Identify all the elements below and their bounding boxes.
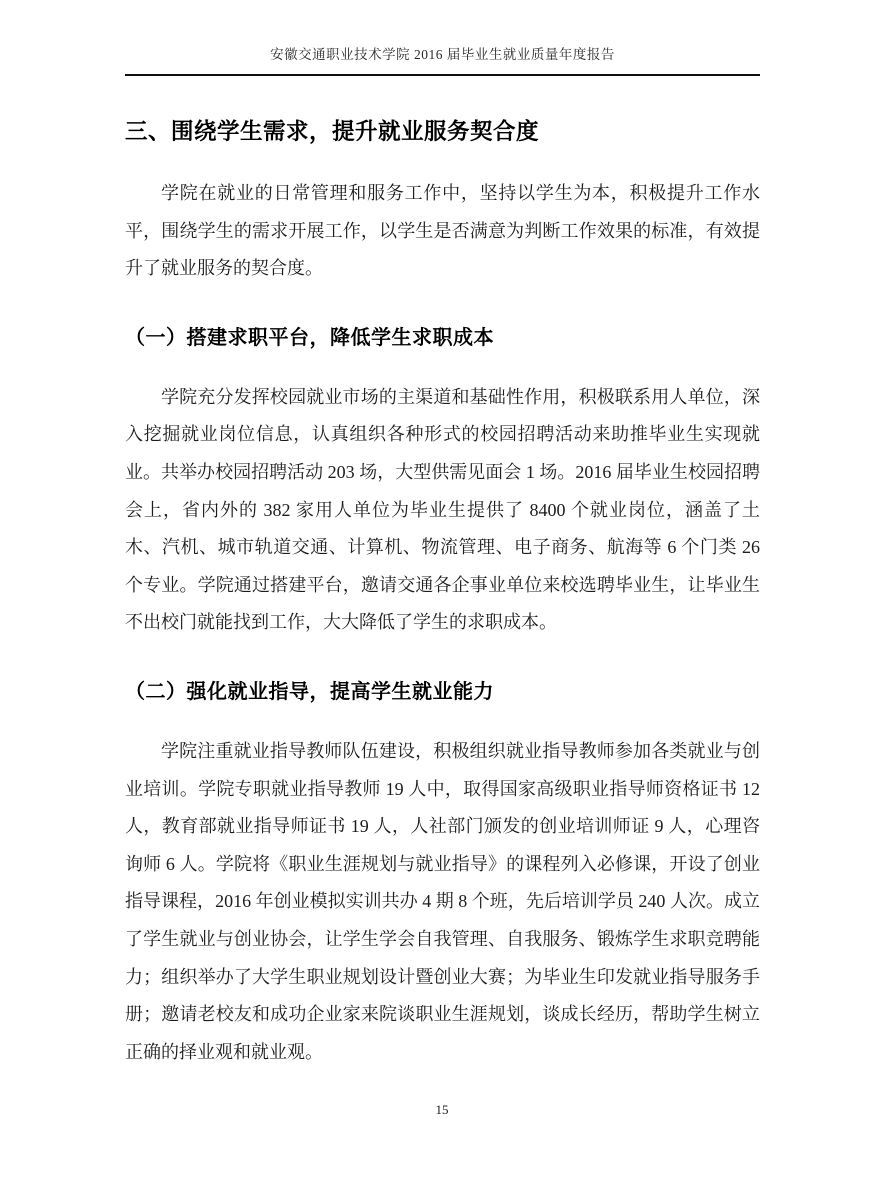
page-footer: 15 [0,1102,884,1118]
intro-paragraph: 学院在就业的日常管理和服务工作中，坚持以学生为本，积极提升工作水平，围绕学生的需… [125,175,760,288]
document-page: 安徽交通职业技术学院 2016 届毕业生就业质量年度报告 三、围绕学生需求，提升… [0,0,884,1200]
header-divider [125,74,760,76]
subsection-1-paragraph: 学院充分发挥校园就业市场的主渠道和基础性作用，积极联系用人单位，深入挖掘就业岗位… [125,379,760,642]
subsection-2-heading: （二）强化就业指导，提高学生就业能力 [125,678,760,706]
section-heading: 三、围绕学生需求，提升就业服务契合度 [125,116,760,148]
subsection-2-paragraph: 学院注重就业指导教师队伍建设，积极组织就业指导教师参加各类就业与创业培训。学院专… [125,733,760,1071]
page-number: 15 [436,1102,449,1117]
subsection-1-heading: （一）搭建求职平台，降低学生求职成本 [125,324,760,352]
page-content: 安徽交通职业技术学院 2016 届毕业生就业质量年度报告 三、围绕学生需求，提升… [0,0,884,1071]
running-header: 安徽交通职业技术学院 2016 届毕业生就业质量年度报告 [125,0,760,64]
